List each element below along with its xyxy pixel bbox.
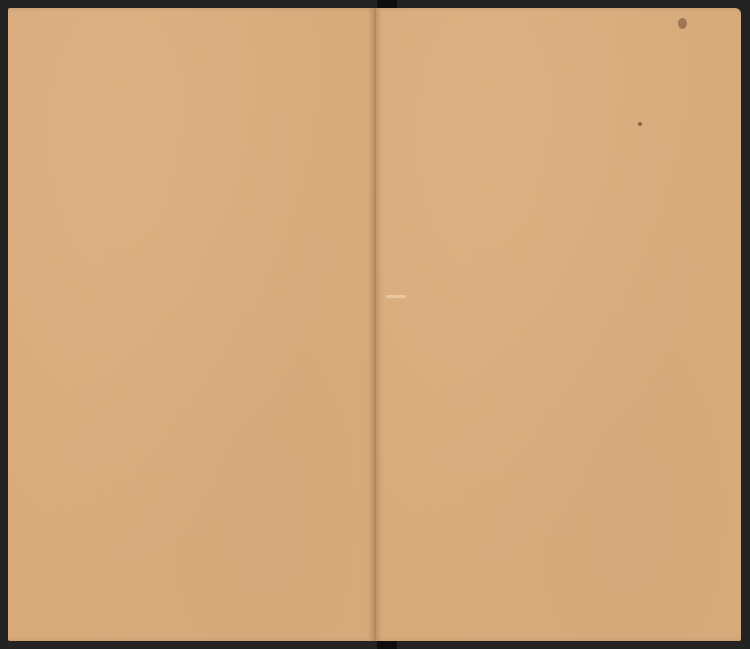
paper-speck [638,122,642,126]
book-spread [8,8,741,641]
left-page [8,8,374,641]
spine-bottom [377,641,397,649]
paper-stain [678,18,687,29]
right-page [376,8,741,641]
spine-top [377,0,397,8]
paper-crease [386,295,406,298]
